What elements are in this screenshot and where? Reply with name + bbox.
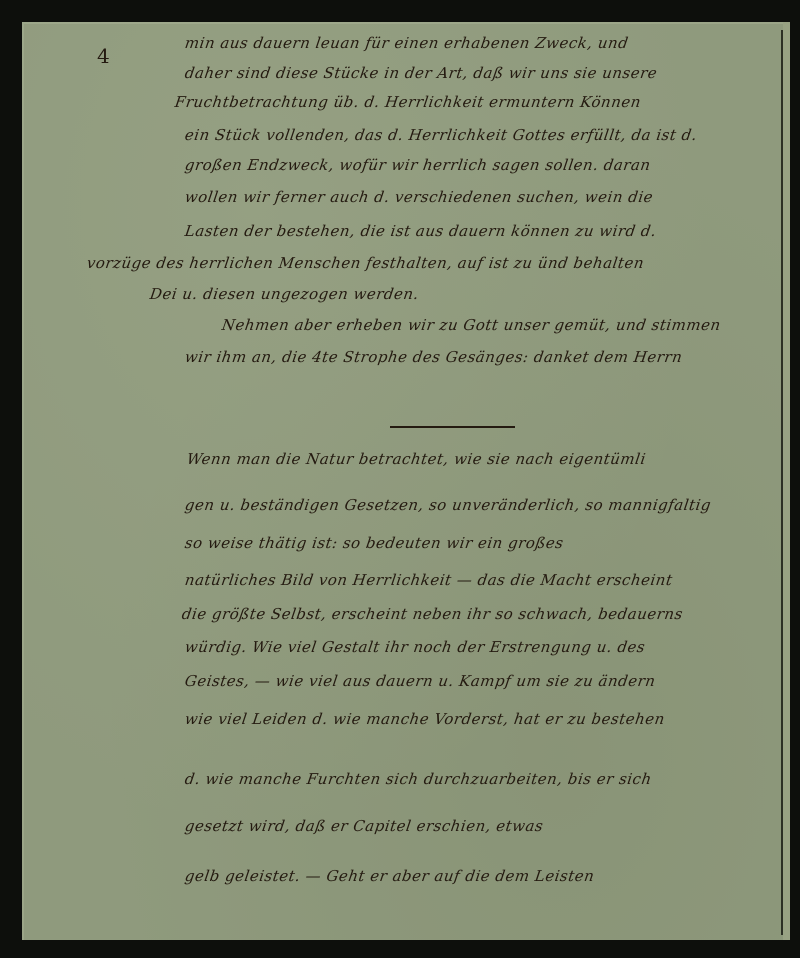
text-line: großen Endzweck, wofür wir herrlich sage… (184, 156, 652, 174)
text-line: Nehmen aber erheben wir zu Gott unser ge… (221, 316, 722, 334)
manuscript-page: 4 min aus dauern leuan für einen erhaben… (22, 22, 790, 940)
text-line: daher sind diese Stücke in der Art, daß … (184, 64, 659, 82)
text-line: vorzüge des herrlichen Menschen festhalt… (86, 254, 646, 272)
page-number: 4 (97, 44, 110, 68)
section-divider (390, 426, 515, 428)
text-line: Fruchtbetrachtung üb. d. Herrlichkeit er… (174, 93, 643, 111)
text-line: Dei u. diesen ungezogen werden. (149, 285, 420, 303)
text-line: gelb geleistet. — Geht er aber auf die d… (184, 867, 596, 885)
text-line: würdig. Wie viel Gestalt ihr noch der Er… (184, 638, 647, 656)
text-line: natürliches Bild von Herrlichkeit — das … (184, 571, 674, 589)
text-line: min aus dauern leuan für einen erhabenen… (184, 34, 630, 52)
text-line: ein Stück vollenden, das d. Herrlichkeit… (184, 126, 699, 144)
text-line: wie viel Leiden d. wie manche Vorderst, … (184, 710, 666, 728)
text-line: gen u. beständigen Gesetzen, so unveränd… (184, 496, 713, 514)
text-line: wollen wir ferner auch d. verschiedenen … (184, 188, 655, 206)
text-line: Wenn man die Natur betrachtet, wie sie n… (186, 450, 647, 468)
page-edge (783, 22, 790, 940)
text-line: die größte Selbst, erscheint neben ihr s… (181, 605, 684, 623)
text-line: Lasten der bestehen, die ist aus dauern … (184, 222, 658, 240)
text-line: gesetzt wird, daß er Capitel erschien, e… (184, 817, 545, 835)
text-line: wir ihm an, die 4te Strophe des Gesänges… (184, 348, 684, 366)
text-line: Geistes, — wie viel aus dauern u. Kampf … (184, 672, 657, 690)
text-line: d. wie manche Furchten sich durchzuarbei… (184, 770, 653, 788)
text-line: so weise thätig ist: so bedeuten wir ein… (184, 534, 565, 552)
